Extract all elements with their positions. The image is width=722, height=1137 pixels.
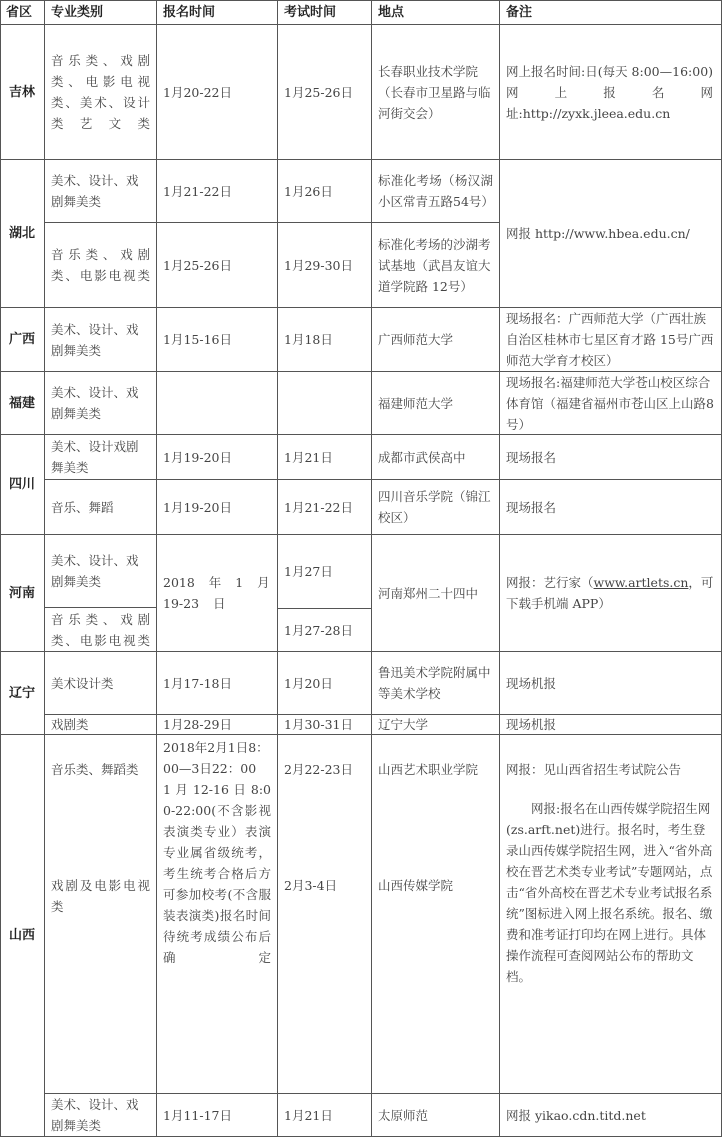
location-cell: 河南郑州二十四中 [372, 535, 500, 652]
location-text: 福建师范大学 [378, 393, 493, 414]
register-time-cell: 1月17-18日 [157, 652, 278, 715]
location-cell: 标准化考场的沙湖考试基地（武昌友谊大道学院路 12号） [372, 223, 500, 308]
note-cell: 网上报名时间:日(每天 8:00—16:00) 网上报名网 址:http://z… [500, 25, 722, 160]
province-label: 河南 [9, 583, 35, 604]
note-text: 网报：艺行家（www.artlets.cn，可下载手机端 APP） [506, 572, 715, 614]
register-time-text: 1月19-20日 [163, 497, 271, 518]
note-text: 现场报名:福建师范大学苍山校区综合体育馆（福建省福州市苍山区上山路8号） [506, 372, 715, 435]
category-cell: 美术、设计、戏剧舞美类 [45, 535, 157, 608]
register-time-cell [157, 372, 278, 435]
exam-time-cell: 2月22-23日 2月3-4日 [278, 735, 372, 1094]
exam-time-cell: 1月21日 [278, 1094, 372, 1137]
province-cell: 山西 [0, 735, 45, 1137]
note-cell: 网报：见山西省招生考试院公告 网报:报名在山西传媒学院招生网(zs.arft.n… [500, 735, 722, 1094]
location-text: 长春职业技术学院（长春市卫星路与临河街交会） [378, 61, 493, 124]
register-time-text: 1月28-29日 [163, 717, 271, 733]
exam-time-text: 2月22-23日 [284, 759, 365, 780]
register-time-text: 1月15-16日 [163, 329, 271, 350]
header-label: 考试时间 [284, 2, 365, 23]
register-time-text: 1 月 12-16 日 8:00-22:00(不含影视表演类专业）表演专业属省级… [163, 779, 271, 968]
note-text: 现场报名 [506, 447, 715, 468]
register-time-cell: 1月20-22日 [157, 25, 278, 160]
note-cell: 网报：艺行家（www.artlets.cn，可下载手机端 APP） [500, 535, 722, 652]
note-text: 现场报名：广西师范大学（广西壮族自治区桂林市七星区育才路 15号广西师范大学育才… [506, 308, 715, 371]
category-text: 美术、设计、戏剧舞美类 [51, 170, 150, 212]
location-cell: 标准化考场（杨汉湖小区常青五路54号） [372, 160, 500, 223]
register-time-text: 1月11-17日 [163, 1105, 271, 1126]
note-prefix: 网报：艺行家（ [506, 575, 594, 590]
province-cell: 湖北 [0, 160, 45, 308]
location-text: 鲁迅美术学院附属中等美术学校 [378, 662, 493, 704]
category-text: 音乐类、戏剧类、电影电视类 [51, 244, 150, 286]
note-url[interactable]: 址:http://zyxk.jleea.edu.cn [506, 103, 715, 124]
location-cell: 四川音乐学院（锦江校区） [372, 480, 500, 535]
province-label: 湖北 [9, 223, 35, 244]
category-text: 音乐类、戏剧类、电影电视类、美术、设计类艺文类 [51, 50, 150, 134]
exam-time-cell: 1月26日 [278, 160, 372, 223]
location-cell: 长春职业技术学院（长春市卫星路与临河街交会） [372, 25, 500, 160]
header-province: 省区 [0, 0, 45, 25]
location-text: 山西传媒学院 [378, 875, 493, 896]
location-text: 成都市武侯高中 [378, 447, 493, 468]
exam-time-text: 1月27日 [284, 561, 365, 582]
location-text: 辽宁大学 [378, 717, 493, 733]
category-text: 美术、设计、戏剧舞美类 [51, 382, 150, 424]
category-text: 音乐类、戏剧类、电影电视类 [51, 609, 150, 651]
category-cell: 美术、设计、戏剧舞美类 [45, 308, 157, 372]
note-cell: 现场机报 [500, 715, 722, 735]
location-cell: 山西艺术职业学院 山西传媒学院 [372, 735, 500, 1094]
register-time-cell: 1月11-17日 [157, 1094, 278, 1137]
category-text: 音乐类、舞蹈类 [51, 759, 150, 780]
province-cell: 吉林 [0, 25, 45, 160]
location-cell: 成都市武侯高中 [372, 435, 500, 480]
category-cell: 美术、设计、戏剧舞美类 [45, 372, 157, 435]
register-time-cell: 1月15-16日 [157, 308, 278, 372]
category-text: 美术、设计、戏剧舞美类 [51, 550, 150, 592]
location-text: 河南郑州二十四中 [378, 583, 493, 604]
note-line: 网上报名网 [506, 82, 715, 103]
exam-time-stack: 2月22-23日 2月3-4日 [284, 737, 365, 896]
header-label: 报名时间 [163, 2, 271, 23]
location-cell: 福建师范大学 [372, 372, 500, 435]
category-text: 音乐、舞蹈 [51, 497, 150, 518]
note-text: 现场机报 [506, 717, 715, 733]
province-cell: 河南 [0, 535, 45, 652]
exam-time-cell: 1月27日 [278, 535, 372, 609]
exam-time-cell: 1月27-28日 [278, 609, 372, 652]
note-text: 网报:报名在山西传媒学院招生网(zs.arft.net)进行。报名时，考生登录山… [506, 798, 715, 987]
category-cell: 音乐类、舞蹈类 戏剧及电影电视类 [45, 735, 157, 1094]
location-cell: 太原师范 [372, 1094, 500, 1137]
note-text: 现场报名 [506, 497, 715, 518]
register-time-stack: 2018年2月1日8：00—3日22：00 1 月 12-16 日 8:00-2… [163, 737, 271, 968]
location-text: 标准化考场（杨汉湖小区常青五路54号） [378, 170, 493, 212]
province-label: 吉林 [9, 82, 35, 103]
register-time-cell: 1月19-20日 [157, 435, 278, 480]
location-stack: 山西艺术职业学院 山西传媒学院 [378, 737, 493, 896]
note-text: 网报 yikao.cdn.titd.net [506, 1105, 715, 1126]
exam-time-cell: 1月20日 [278, 652, 372, 715]
register-time-cell: 2018 年 1 月 19-23 日 [157, 535, 278, 652]
artlets-link[interactable]: www.artlets.cn [594, 575, 689, 590]
header-exam-time: 考试时间 [278, 0, 372, 25]
register-time-cell: 1月21-22日 [157, 160, 278, 223]
province-label: 福建 [9, 393, 35, 414]
exam-time-text: 1月27-28日 [284, 620, 365, 641]
note-text: 现场机报 [506, 673, 715, 694]
note-text: 网报：见山西省招生考试院公告 [506, 759, 715, 780]
location-text: 太原师范 [378, 1105, 493, 1126]
header-note: 备注 [500, 0, 722, 25]
note-cell: 现场报名：广西师范大学（广西壮族自治区桂林市七星区育才路 15号广西师范大学育才… [500, 308, 722, 372]
province-cell: 广西 [0, 308, 45, 372]
location-text: 广西师范大学 [378, 329, 493, 350]
note-cell: 现场报名:福建师范大学苍山校区综合体育馆（福建省福州市苍山区上山路8号） [500, 372, 722, 435]
header-label: 地点 [378, 2, 493, 23]
note-cell: 网报 yikao.cdn.titd.net [500, 1094, 722, 1137]
category-cell: 音乐类、戏剧类、电影电视类、美术、设计类艺文类 [45, 25, 157, 160]
category-cell: 美术设计类 [45, 652, 157, 715]
exam-time-cell: 1月30-31日 [278, 715, 372, 735]
exam-time-text: 1月29-30日 [284, 255, 365, 276]
location-cell: 广西师范大学 [372, 308, 500, 372]
exam-time-text: 1月21-22日 [284, 497, 365, 518]
exam-time-cell [278, 372, 372, 435]
location-text: 四川音乐学院（锦江校区） [378, 486, 493, 528]
register-time-text: 1月25-26日 [163, 255, 271, 276]
note-line: 网上报名时间:日(每天 8:00—16:00) [506, 61, 715, 82]
location-text: 标准化考场的沙湖考试基地（武昌友谊大道学院路 12号） [378, 234, 493, 297]
note-text: 网报 http://www.hbea.edu.cn/ [506, 223, 715, 244]
category-text: 戏剧及电影电视类 [51, 875, 150, 917]
register-time-cell: 1月25-26日 [157, 223, 278, 308]
province-label: 辽宁 [9, 683, 35, 704]
exam-time-text: 1月20日 [284, 673, 365, 694]
category-stack: 音乐类、舞蹈类 戏剧及电影电视类 [51, 737, 150, 917]
category-cell: 戏剧类 [45, 715, 157, 735]
province-cell: 福建 [0, 372, 45, 435]
category-cell: 音乐类、戏剧类、电影电视类 [45, 223, 157, 308]
category-text: 美术设计类 [51, 673, 150, 694]
exam-time-text: 1月30-31日 [284, 717, 365, 733]
register-time-cell: 1月19-20日 [157, 480, 278, 535]
header-register-time: 报名时间 [157, 0, 278, 25]
exam-time-cell: 1月21-22日 [278, 480, 372, 535]
note-stack: 网报：见山西省招生考试院公告 网报:报名在山西传媒学院招生网(zs.arft.n… [506, 737, 715, 987]
province-label: 四川 [9, 474, 35, 495]
note-text: 网上报名时间:日(每天 8:00—16:00) 网上报名网 址:http://z… [506, 61, 715, 124]
note-cell: 现场报名 [500, 480, 722, 535]
province-label: 山西 [9, 925, 35, 946]
register-time-text: 2018 年 1 月 19-23 日 [163, 572, 271, 614]
category-cell: 美术、设计、戏剧舞美类 [45, 1094, 157, 1137]
category-text: 美术、设计戏剧舞美类 [51, 436, 150, 478]
header-label: 专业类别 [51, 2, 150, 23]
note-cell: 网报 http://www.hbea.edu.cn/ [500, 160, 722, 308]
category-text: 美术、设计、戏剧舞美类 [51, 1094, 150, 1136]
register-time-text: 1月21-22日 [163, 181, 271, 202]
category-text: 戏剧类 [51, 717, 150, 733]
register-time-cell: 2018年2月1日8：00—3日22：00 1 月 12-16 日 8:00-2… [157, 735, 278, 1094]
header-location: 地点 [372, 0, 500, 25]
category-cell: 美术、设计、戏剧舞美类 [45, 160, 157, 223]
exam-time-text: 2月3-4日 [284, 875, 365, 896]
header-label: 省区 [6, 2, 38, 23]
register-time-text: 1月20-22日 [163, 82, 271, 103]
exam-time-text: 1月18日 [284, 329, 365, 350]
exam-time-text: 1月25-26日 [284, 82, 365, 103]
register-time-text: 1月17-18日 [163, 673, 271, 694]
location-text: 山西艺术职业学院 [378, 759, 493, 780]
exam-time-cell: 1月21日 [278, 435, 372, 480]
exam-time-cell: 1月29-30日 [278, 223, 372, 308]
note-cell: 现场报名 [500, 435, 722, 480]
register-time-text: 1月19-20日 [163, 447, 271, 468]
category-text: 美术、设计、戏剧舞美类 [51, 319, 150, 361]
category-cell: 音乐、舞蹈 [45, 480, 157, 535]
exam-time-cell: 1月18日 [278, 308, 372, 372]
province-cell: 辽宁 [0, 652, 45, 735]
location-cell: 鲁迅美术学院附属中等美术学校 [372, 652, 500, 715]
location-cell: 辽宁大学 [372, 715, 500, 735]
register-time-text: 2018年2月1日8：00—3日22：00 [163, 737, 271, 779]
category-cell: 美术、设计戏剧舞美类 [45, 435, 157, 480]
register-time-cell: 1月28-29日 [157, 715, 278, 735]
exam-time-text: 1月21日 [284, 447, 365, 468]
note-cell: 现场机报 [500, 652, 722, 715]
province-label: 广西 [9, 329, 35, 350]
header-category: 专业类别 [45, 0, 157, 25]
header-label: 备注 [506, 2, 715, 23]
exam-time-cell: 1月25-26日 [278, 25, 372, 160]
category-cell: 音乐类、戏剧类、电影电视类 [45, 608, 157, 652]
exam-time-text: 1月26日 [284, 181, 365, 202]
exam-time-text: 1月21日 [284, 1105, 365, 1126]
province-cell: 四川 [0, 435, 45, 535]
